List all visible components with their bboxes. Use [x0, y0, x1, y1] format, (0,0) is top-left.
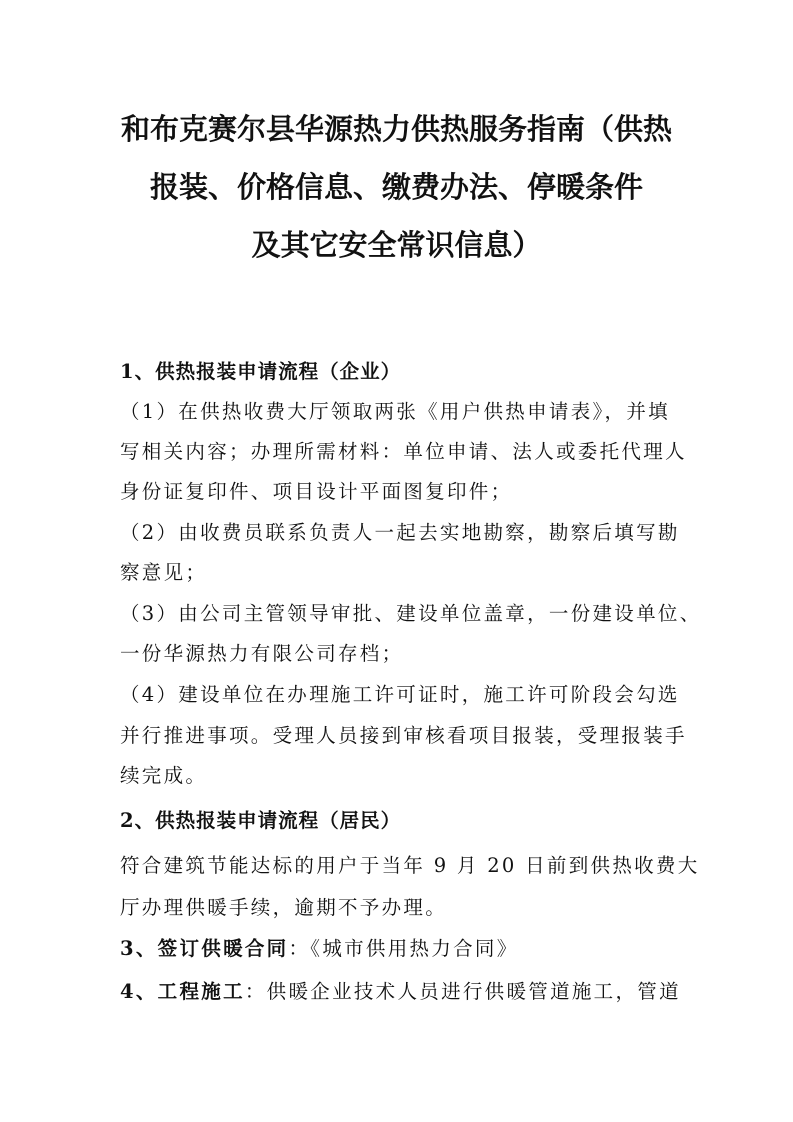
title-line-2: 报装、价格信息、缴费办法、停暖条件 [0, 158, 793, 216]
paragraph-line: 符合建筑节能达标的用户于当年 9 月 20 日前到供热收费大 [120, 846, 680, 886]
section-heading: 3、签订供暖合同 [120, 937, 288, 960]
section-3: 3、签订供暖合同：《城市供用热力合同》 [120, 929, 680, 969]
paragraph-line: （3）由公司主管领导审批、建设单位盖章，一份建设单位、 [120, 594, 680, 634]
paragraph-line: 写相关内容；办理所需材料：单位申请、法人或委托代理人 [120, 432, 680, 472]
paragraph-line: （1）在供热收费大厅领取两张《用户供热申请表》，并填 [120, 392, 680, 432]
section-text: ：供暖企业技术人员进行供暖管道施工，管道 [245, 980, 681, 1003]
section-text: ：《城市供用热力合同》 [288, 937, 518, 960]
section-heading: 1、供热报装申请流程（企业） [120, 352, 680, 392]
paragraph-line: 察意见； [120, 553, 680, 593]
title-line-1: 和布克赛尔县华源热力供热服务指南（供热 [0, 100, 793, 158]
paragraph-line: （4）建设单位在办理施工许可证时，施工许可阶段会勾选 [120, 675, 680, 715]
paragraph-line: 并行推进事项。受理人员接到审核看项目报装，受理报装手 [120, 716, 680, 756]
paragraph-line: 身份证复印件、项目设计平面图复印件； [120, 472, 680, 512]
paragraph-line: 续完成。 [120, 756, 680, 796]
section-heading: 4、工程施工 [120, 980, 245, 1003]
paragraph-line: 一份华源热力有限公司存档； [120, 634, 680, 674]
paragraph-line: （2）由收费员联系负责人一起去实地勘察，勘察后填写勘 [120, 513, 680, 553]
paragraph-line: 厅办理供暖手续，逾期不予办理。 [120, 888, 680, 928]
section-4: 4、工程施工：供暖企业技术人员进行供暖管道施工，管道 [120, 972, 680, 1012]
section-heading: 2、供热报装申请流程（居民） [120, 801, 680, 841]
title-line-3: 及其它安全常识信息） [0, 216, 793, 274]
